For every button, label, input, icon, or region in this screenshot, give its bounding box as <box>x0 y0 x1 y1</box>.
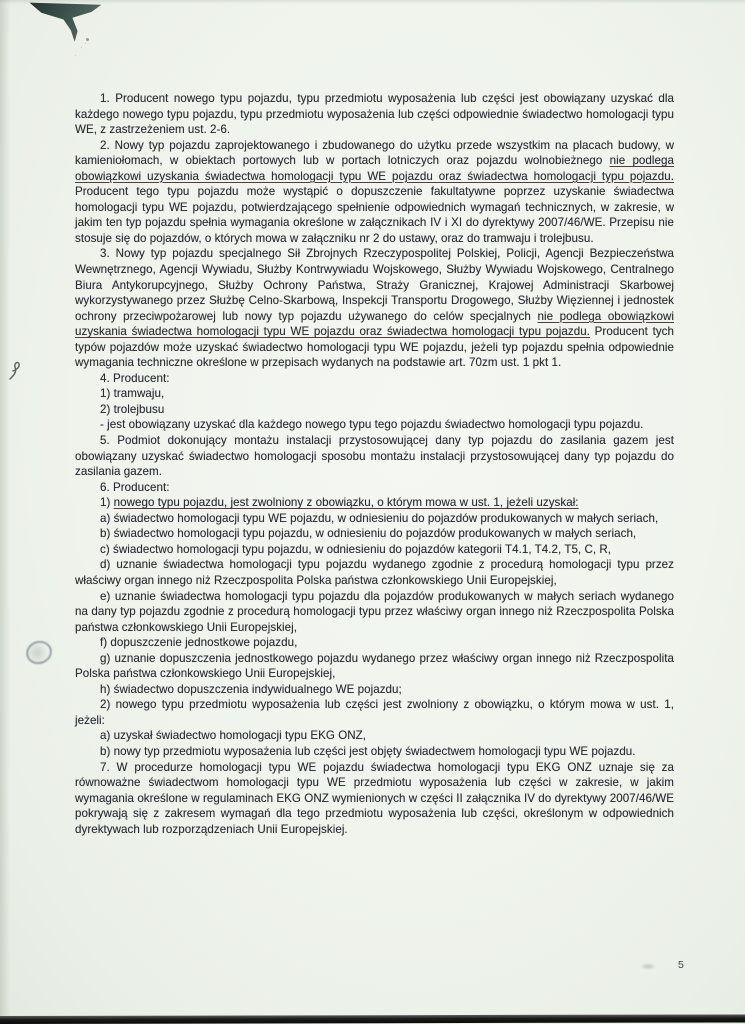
paragraph-6-item-1f: f) dopuszczenie jednostkowe pojazdu, <box>75 635 674 651</box>
paragraph-6: 6. Producent: <box>75 480 674 496</box>
paragraph-6-item-2-text: 2) nowego typu przedmiotu wyposażenia lu… <box>75 698 674 727</box>
paragraph-4-item-2: 2) trolejbusu <box>75 402 674 418</box>
paragraph-3: 3. Nowy typ pojazdu specjalnego Sił Zbro… <box>75 246 674 370</box>
paragraph-6-item-1g: g) uznanie dopuszczenia jednostkowego po… <box>75 651 674 682</box>
paragraph-2-text-continued: Producent tego typu pojazdu może wystąpi… <box>75 185 674 245</box>
page-number: 5 <box>678 959 684 971</box>
corner-fold-mark <box>28 1 102 43</box>
paragraph-6-item-1h-text: h) świadectwo dopuszczenia indywidualneg… <box>100 683 402 696</box>
paragraph-4-dash-clause-text: - jest obowiązany uzyskać dla każdego no… <box>100 418 643 431</box>
faint-smudge-mark <box>640 963 656 970</box>
document-body: 1. Producent nowego typu pojazdu, typu p… <box>75 91 674 837</box>
paragraph-6-item-1d: d) uznanie świadectwa homologacji typu p… <box>75 557 674 588</box>
paragraph-6-item-2a-text: a) uzyskał świadectwo homologacji typu E… <box>100 729 366 742</box>
paragraph-2: 2. Nowy typ pojazdu zaprojektowanego i z… <box>75 138 674 247</box>
paragraph-7: 7. W procedurze homologacji typu WE poja… <box>75 760 674 838</box>
paragraph-4-text: 4. Producent: <box>100 372 169 385</box>
paragraph-6-item-1-label: 1) <box>100 496 114 509</box>
scan-speckles <box>86 38 89 41</box>
paragraph-6-item-1d-text: d) uznanie świadectwa homologacji typu p… <box>75 558 674 587</box>
paragraph-6-item-2a: a) uzyskał świadectwo homologacji typu E… <box>75 728 674 744</box>
paragraph-6-item-1: 1) nowego typu pojazdu, jest zwolniony z… <box>75 495 674 511</box>
paragraph-2-text: 2. Nowy typ pojazdu zaprojektowanego i z… <box>75 139 674 168</box>
paragraph-4: 4. Producent: <box>75 371 674 387</box>
paragraph-1: 1. Producent nowego typu pojazdu, typu p… <box>75 91 674 138</box>
paragraph-6-item-1g-text: g) uznanie dopuszczenia jednostkowego po… <box>75 652 674 681</box>
paragraph-6-item-1h: h) świadectwo dopuszczenia indywidualneg… <box>75 682 674 698</box>
paragraph-6-item-2: 2) nowego typu przedmiotu wyposażenia lu… <box>75 697 674 728</box>
paragraph-5: 5. Podmiot dokonujący montażu instalacji… <box>75 433 674 480</box>
paragraph-4-dash-clause: - jest obowiązany uzyskać dla każdego no… <box>75 417 674 433</box>
paragraph-5-text: 5. Podmiot dokonujący montażu instalacji… <box>75 434 674 478</box>
paragraph-6-item-1c-text: c) świadectwo homologacji typu pojazdu, … <box>100 543 611 556</box>
paragraph-6-item-1e-text: e) uznanie świadectwa homologacji typu p… <box>75 590 674 634</box>
paragraph-6-item-2b-text: b) nowy typ przedmiotu wyposażenia lub c… <box>100 745 636 758</box>
paragraph-6-item-1c: c) świadectwo homologacji typu pojazdu, … <box>75 542 674 558</box>
paragraph-7-text: 7. W procedurze homologacji typu WE poja… <box>75 761 674 836</box>
paragraph-6-item-1-underlined-text: nowego typu pojazdu, jest zwolniony z ob… <box>114 496 579 509</box>
paragraph-6-item-1a-text: a) świadectwo homologacji typu WE pojazd… <box>100 512 658 525</box>
paragraph-6-item-1e: e) uznanie świadectwa homologacji typu p… <box>75 589 674 636</box>
paragraph-6-item-1b-text: b) świadectwo homologacji typu pojazdu, … <box>100 527 636 540</box>
paragraph-6-item-1b: b) świadectwo homologacji typu pojazdu, … <box>75 526 674 542</box>
paragraph-4-item-1: 1) tramwaju, <box>75 386 674 402</box>
scan-bottom-edge <box>0 1014 745 1024</box>
paragraph-4-item-1-text: 1) tramwaju, <box>100 387 164 400</box>
paragraph-1-text: 1. Producent nowego typu pojazdu, typu p… <box>75 92 674 136</box>
ink-squiggle-mark <box>6 358 24 384</box>
paragraph-6-item-1a: a) świadectwo homologacji typu WE pojazd… <box>75 511 674 527</box>
paragraph-6-item-1f-text: f) dopuszczenie jednostkowe pojazdu, <box>100 636 297 649</box>
scanned-document-page: 1. Producent nowego typu pojazdu, typu p… <box>0 0 745 1024</box>
ink-smudge-mark <box>23 638 55 668</box>
paragraph-6-item-2b: b) nowy typ przedmiotu wyposażenia lub c… <box>75 744 674 760</box>
paragraph-6-text: 6. Producent: <box>100 481 169 494</box>
paragraph-4-item-2-text: 2) trolejbusu <box>100 403 164 416</box>
